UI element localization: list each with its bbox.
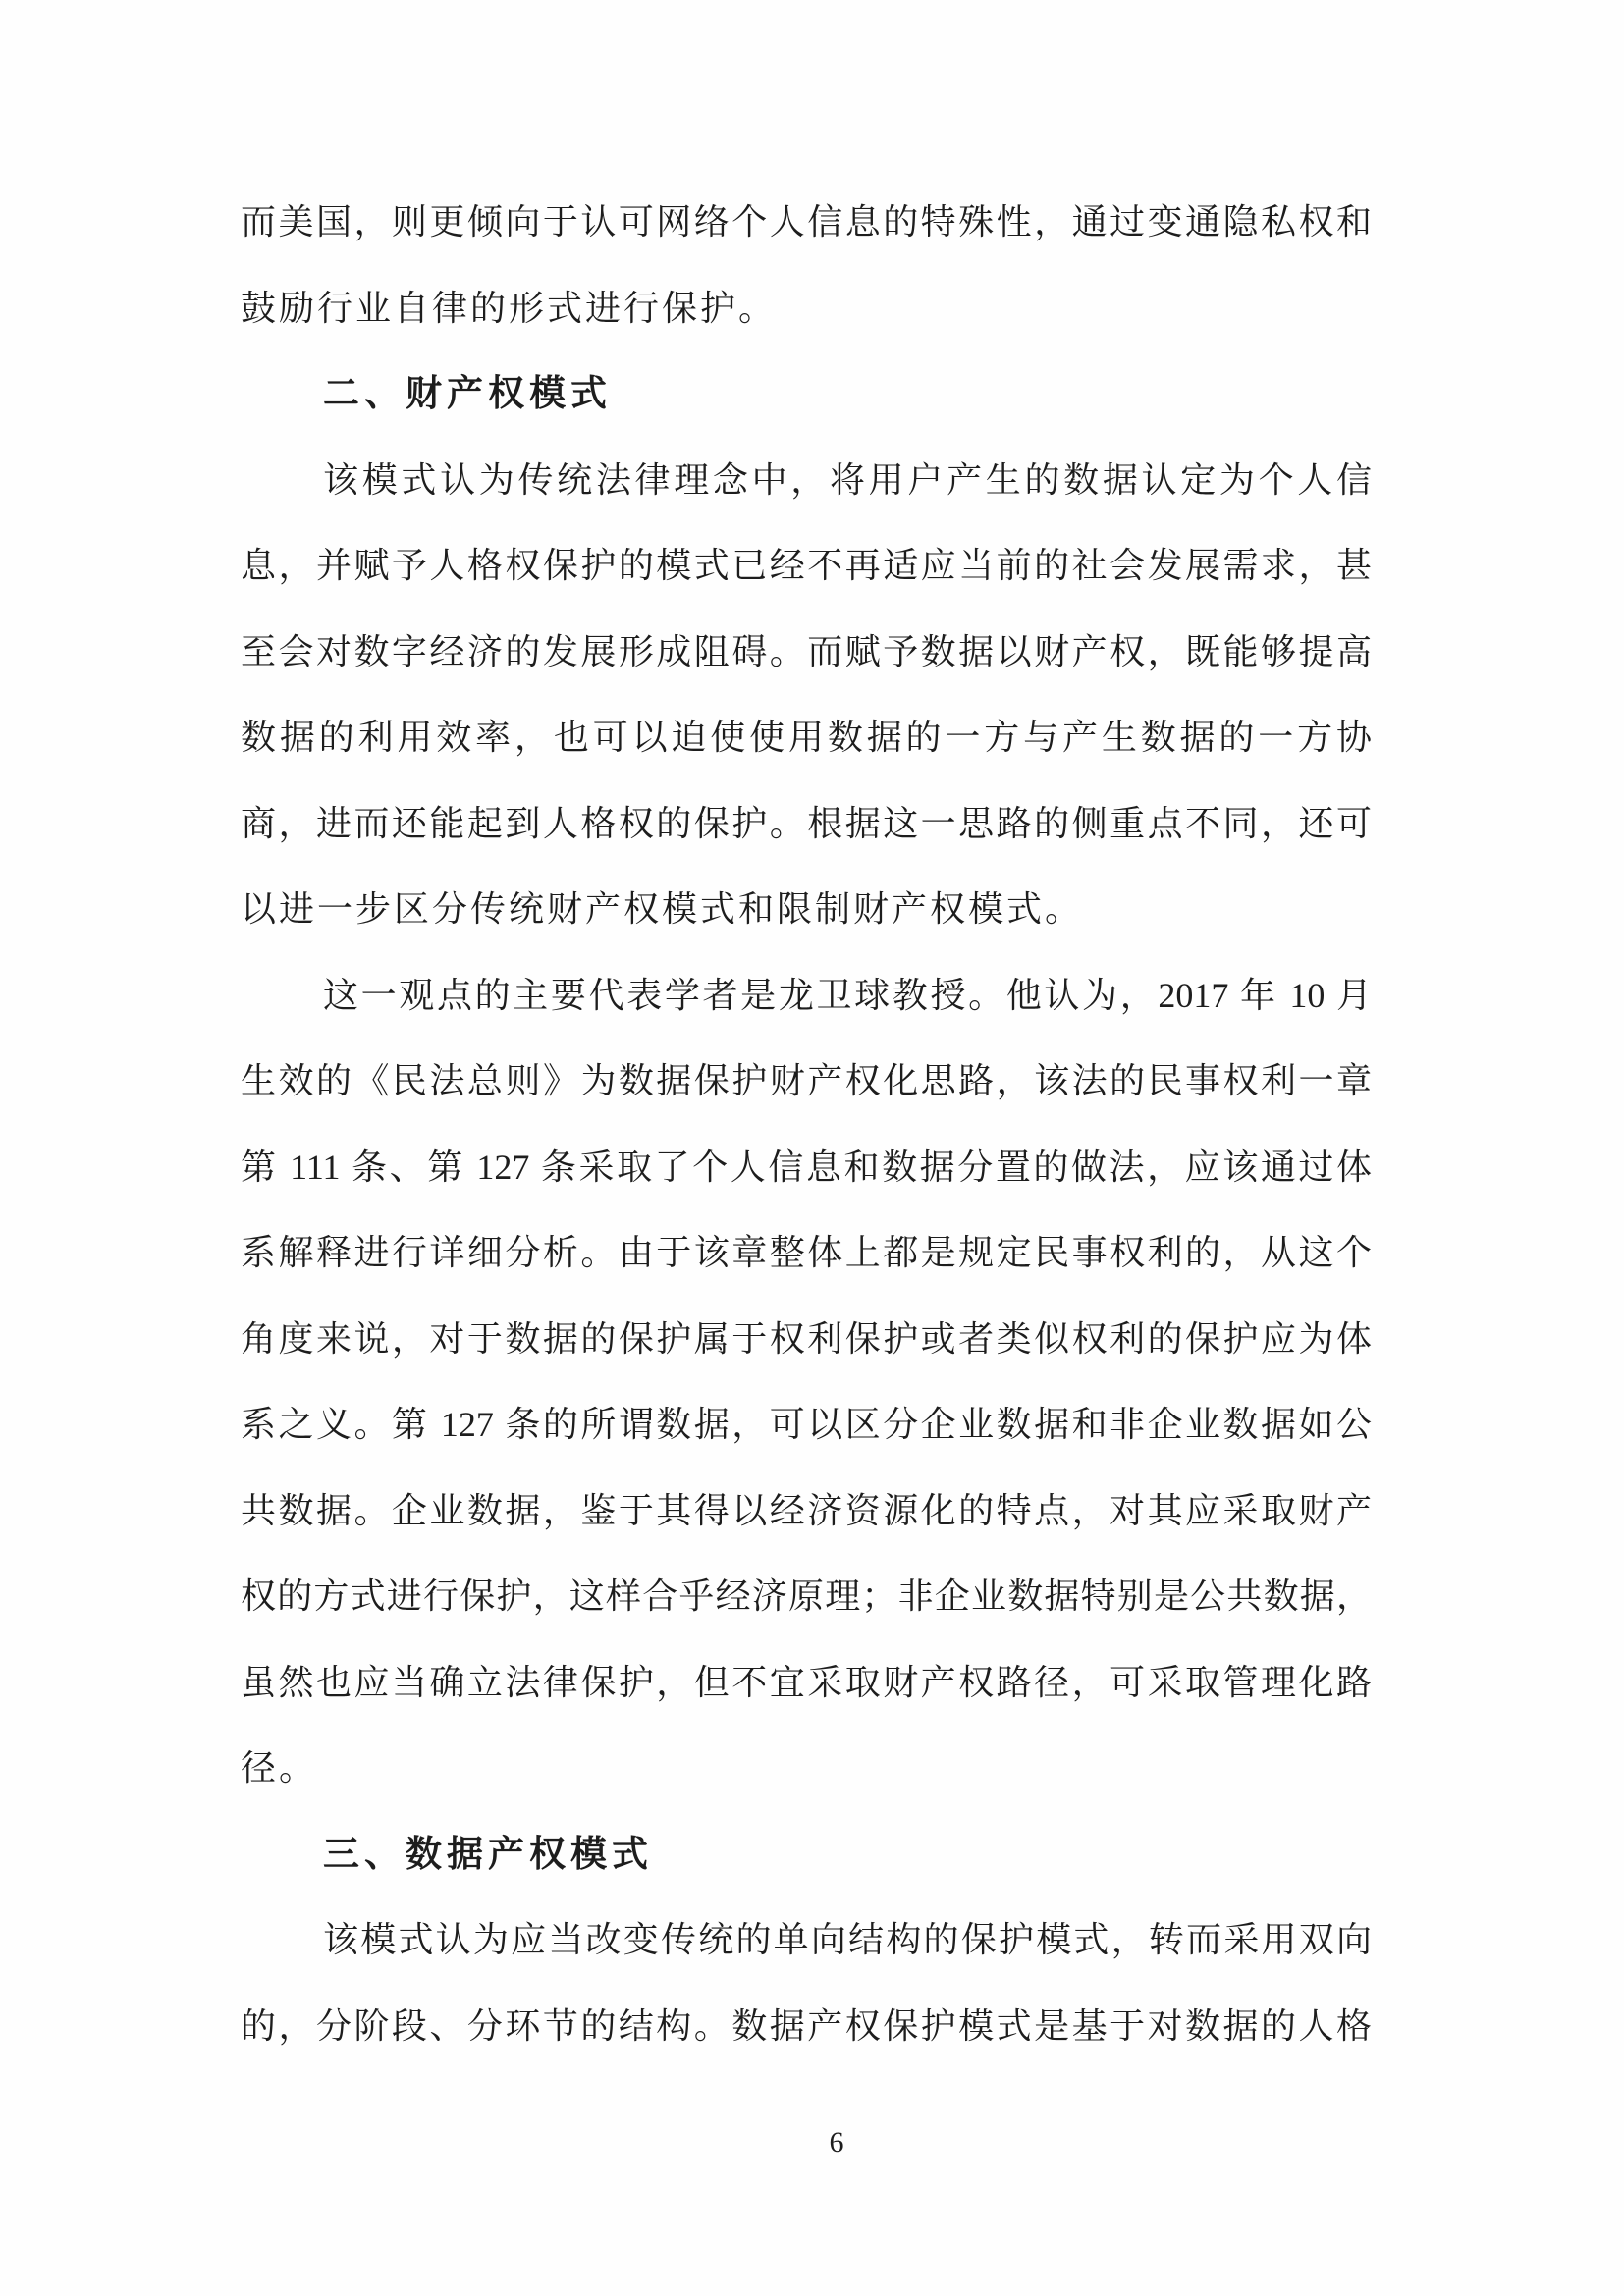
text-line: 权的方式进行保护，这样合乎经济原理；非企业数据特别是公共数据， xyxy=(241,1554,1372,1640)
page-footer: 6 xyxy=(0,2123,1624,2163)
text-line: 系解释进行详细分析。由于该章整体上都是规定民事权利的，从这个 xyxy=(241,1210,1372,1297)
text-line: 数据的利用效率，也可以迫使使用数据的一方与产生数据的一方协 xyxy=(241,695,1372,781)
text-line: 这一观点的主要代表学者是龙卫球教授。他认为，2017 年 10 月 xyxy=(241,953,1372,1040)
text-line: 而美国，则更倾向于认可网络个人信息的特殊性，通过变通隐私权和 xyxy=(241,180,1372,266)
text-line: 第 111 条、第 127 条采取了个人信息和数据分置的做法，应该通过体 xyxy=(241,1125,1372,1211)
section-heading: 三、数据产权模式 xyxy=(241,1812,1372,1898)
text-line: 商，进而还能起到人格权的保护。根据这一思路的侧重点不同，还可 xyxy=(241,781,1372,868)
text-line: 径。 xyxy=(241,1726,1372,1812)
text-line: 以进一步区分传统财产权模式和限制财产权模式。 xyxy=(241,867,1372,953)
text-line: 该模式认为应当改变传统的单向结构的保护模式，转而采用双向 xyxy=(241,1897,1372,1984)
text-line: 共数据。企业数据，鉴于其得以经济资源化的特点，对其应采取财产 xyxy=(241,1468,1372,1555)
text-line: 角度来说，对于数据的保护属于权利保护或者类似权利的保护应为体 xyxy=(241,1297,1372,1383)
text-line: 系之义。第 127 条的所谓数据，可以区分企业数据和非企业数据如公 xyxy=(241,1382,1372,1468)
page-number: 6 xyxy=(830,2126,844,2159)
section-heading: 二、财产权模式 xyxy=(241,351,1372,438)
text-line: 该模式认为传统法律理念中，将用户产生的数据认定为个人信 xyxy=(241,438,1372,524)
document-page: 而美国，则更倾向于认可网络个人信息的特殊性，通过变通隐私权和鼓励行业自律的形式进… xyxy=(0,0,1624,2296)
document-content: 而美国，则更倾向于认可网络个人信息的特殊性，通过变通隐私权和鼓励行业自律的形式进… xyxy=(241,180,1372,2069)
text-line: 虽然也应当确立法律保护，但不宜采取财产权路径，可采取管理化路 xyxy=(241,1640,1372,1727)
text-line: 的，分阶段、分环节的结构。数据产权保护模式是基于对数据的人格 xyxy=(241,1984,1372,2070)
text-line: 生效的《民法总则》为数据保护财产权化思路，该法的民事权利一章 xyxy=(241,1039,1372,1125)
text-line: 息，并赋予人格权保护的模式已经不再适应当前的社会发展需求，甚 xyxy=(241,523,1372,610)
text-line: 至会对数字经济的发展形成阻碍。而赋予数据以财产权，既能够提高 xyxy=(241,610,1372,696)
text-line: 鼓励行业自律的形式进行保护。 xyxy=(241,266,1372,352)
